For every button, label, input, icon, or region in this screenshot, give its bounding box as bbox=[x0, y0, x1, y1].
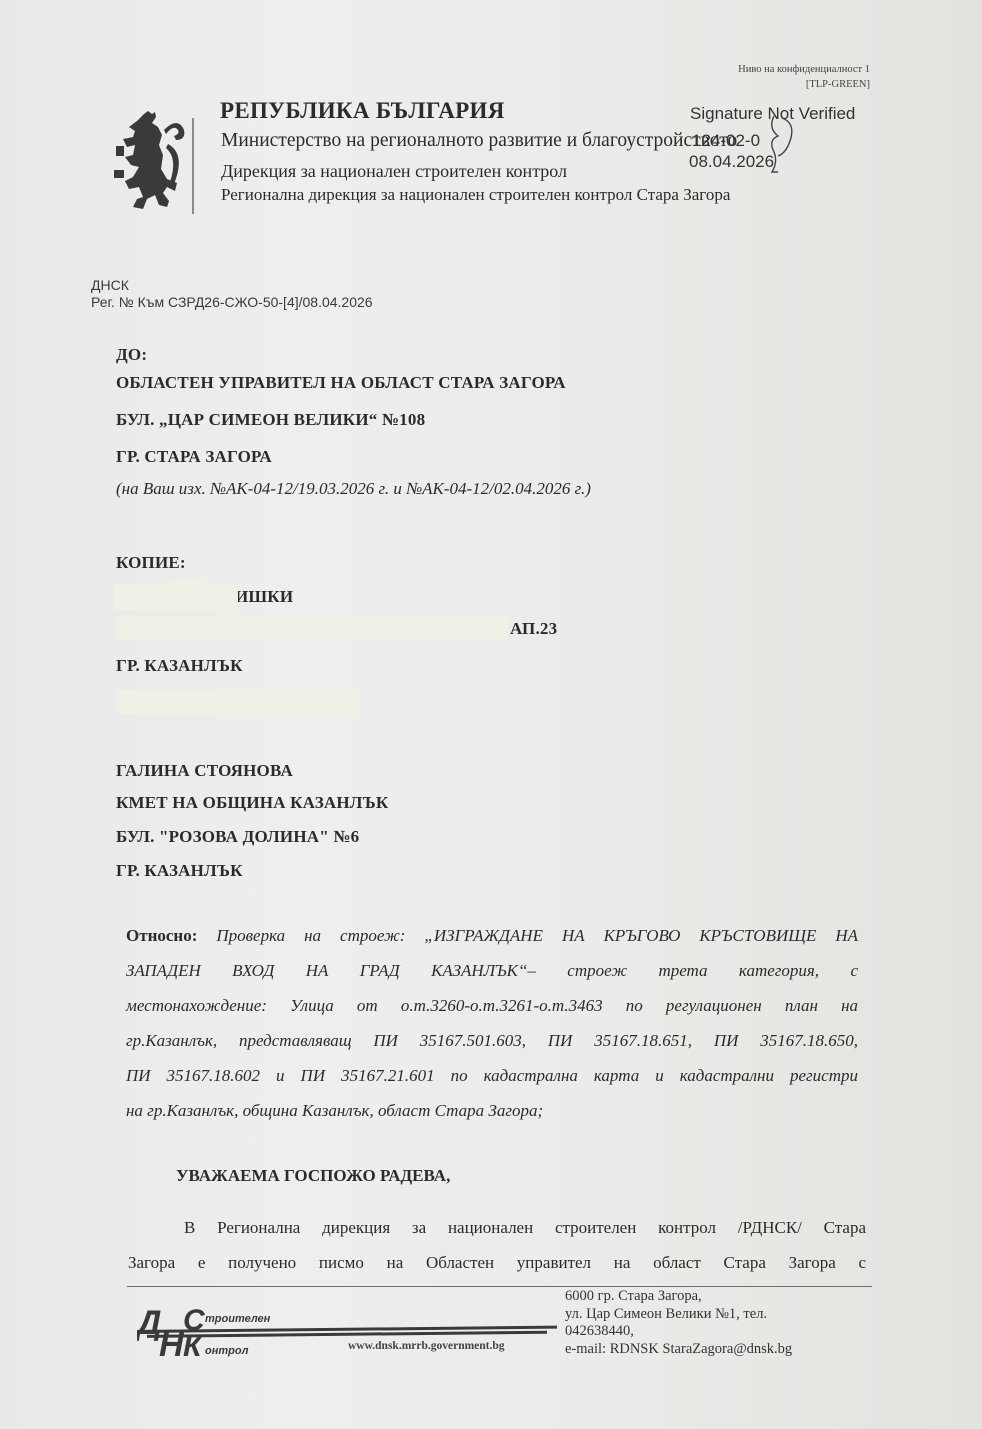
svg-text:онтрол: онтрол bbox=[205, 1345, 249, 1357]
redacted-name-suffix: ИШКИ bbox=[235, 587, 293, 607]
redacted-address-suffix: АП.23 bbox=[510, 619, 557, 639]
directorate-name: Дирекция за национален строителен контро… bbox=[221, 161, 567, 182]
redaction-tape bbox=[116, 616, 508, 640]
subject-line: на гр.Казанлък, община Казанлък, област … bbox=[126, 1093, 858, 1128]
footer-address: 6000 гр. Стара Загора, ул. Цар Симеон Ве… bbox=[565, 1288, 792, 1358]
regional-directorate-name: Регионална дирекция за национален строит… bbox=[221, 185, 730, 205]
country-title: РЕПУБЛИКА БЪЛГАРИЯ bbox=[220, 98, 505, 124]
address-line: 6000 гр. Стара Загора, bbox=[565, 1288, 792, 1306]
subject-line: ПИ 35167.18.602 и ПИ 35167.21.601 по кад… bbox=[126, 1058, 858, 1093]
redaction-tape bbox=[116, 690, 358, 714]
recipient-label: ДО: bbox=[116, 345, 147, 365]
second-recipient-line: ГР. КАЗАНЛЪК bbox=[116, 861, 243, 881]
tlp-level: [TLP-GREEN] bbox=[738, 77, 870, 92]
address-line: ул. Цар Симеон Велики №1, тел. bbox=[565, 1306, 792, 1324]
second-recipient-line: БУЛ. "РОЗОВА ДОЛИНА" №6 bbox=[116, 827, 359, 847]
subject-block: Относно: Проверка на строеж: „ИЗГРАЖДАНЕ… bbox=[126, 918, 858, 1128]
svg-text:троителен: троителен bbox=[205, 1313, 271, 1325]
subject-line: гр.Казанлък, представляващ ПИ 35167.501.… bbox=[126, 1023, 858, 1058]
body-paragraph: В Регионална дирекция за национален стро… bbox=[128, 1210, 866, 1280]
second-recipient-line: КМЕТ НА ОБЩИНА КАЗАНЛЪК bbox=[116, 793, 388, 813]
lion-coat-of-arms-icon bbox=[106, 110, 190, 216]
greeting: УВАЖАЕМА ГОСПОЖО РАДЕВА, bbox=[176, 1166, 450, 1186]
recipient-line: ГР. СТАРА ЗАГОРА bbox=[116, 447, 272, 467]
body-line: Загора е получено писмо на Областен упра… bbox=[128, 1245, 866, 1280]
copies-label: КОПИЕ: bbox=[116, 553, 186, 573]
registry-block: ДНСК Рег. № Към СЗРД26-СЖО-50-[4]/08.04.… bbox=[91, 277, 373, 311]
copies-city: ГР. КАЗАНЛЪК bbox=[116, 656, 243, 676]
signature-number: 124-02-0 bbox=[692, 131, 760, 151]
signature-scribble-icon bbox=[760, 108, 810, 178]
recipient-line: БУЛ. „ЦАР СИМЕОН ВЕЛИКИ“ №108 bbox=[116, 410, 425, 430]
website-link[interactable]: www.dnsk.mrrb.government.bg bbox=[348, 1340, 505, 1352]
confidentiality-label: Ниво на конфиденциалност 1 bbox=[738, 62, 870, 77]
second-recipient-line: ГАЛИНА СТОЯНОВА bbox=[116, 761, 293, 781]
registry-org: ДНСК bbox=[91, 277, 373, 294]
recipient-reference: (на Ваш изх. №АК-04-12/19.03.2026 г. и №… bbox=[116, 479, 591, 499]
subject-line: местонахождение: Улица от о.т.3260-о.т.3… bbox=[126, 988, 858, 1023]
confidentiality-marking: Ниво на конфиденциалност 1 [TLP-GREEN] bbox=[738, 62, 870, 92]
recipient-line: ОБЛАСТЕН УПРАВИТЕЛ НА ОБЛАСТ СТАРА ЗАГОР… bbox=[116, 373, 566, 393]
header-divider bbox=[192, 118, 194, 214]
ministry-name: Министерство на регионалното развитие и … bbox=[221, 130, 737, 152]
subject-line: ЗАПАДЕН ВХОД НА ГРАД КАЗАНЛЪК“– строеж т… bbox=[126, 953, 858, 988]
body-line: В Регионална дирекция за национален стро… bbox=[128, 1210, 866, 1245]
address-line: 042638440, bbox=[565, 1323, 792, 1341]
subject-label: Относно: bbox=[126, 926, 197, 945]
subject-line: Относно: Проверка на строеж: „ИЗГРАЖДАНЕ… bbox=[126, 918, 858, 953]
footer-divider bbox=[127, 1286, 872, 1287]
registry-number: Рег. № Към СЗРД26-СЖО-50-[4]/08.04.2026 bbox=[91, 294, 373, 311]
email-line[interactable]: e-mail: RDNSK StaraZagora@dnsk.bg bbox=[565, 1341, 792, 1359]
